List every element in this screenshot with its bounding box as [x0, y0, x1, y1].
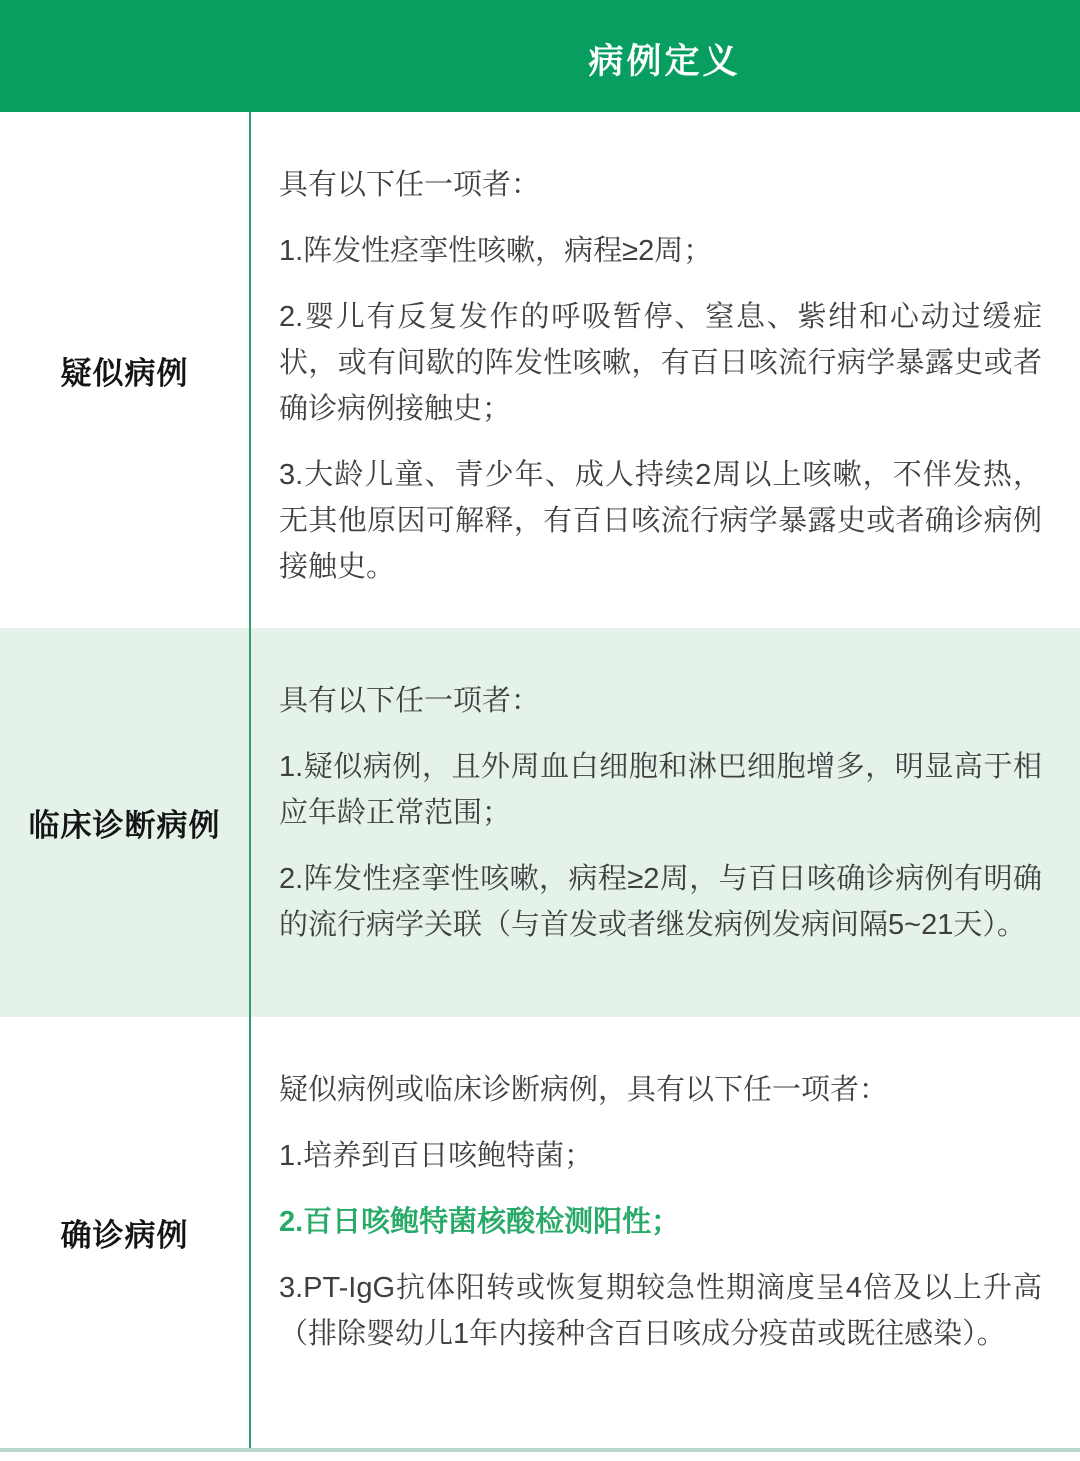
definition-item-1: 1.疑似病例，且外周血白细胞和淋巴细胞增多，明显高于相应年龄正常范围； — [279, 744, 1042, 836]
page-title: 病例定义 — [249, 0, 1080, 112]
definition-intro: 具有以下任一项者： — [279, 162, 1042, 208]
header-bar: 病例定义 — [0, 0, 1080, 112]
case-definition-table: 疑似病例 具有以下任一项者： 1.阵发性痉挛性咳嗽，病程≥2周； 2.婴儿有反复… — [0, 112, 1080, 1452]
case-definition-infographic: 病例定义 疑似病例 具有以下任一项者： 1.阵发性痉挛性咳嗽，病程≥2周； 2.… — [0, 0, 1080, 1461]
definition-item-1: 1.培养到百日咳鲍特菌； — [279, 1133, 1042, 1179]
row-label-clinical-diagnosis-case: 临床诊断病例 — [0, 628, 249, 1017]
definition-item-3: 3.大龄儿童、青少年、成人持续2周以上咳嗽，不伴发热，无其他原因可解释，有百日咳… — [279, 452, 1042, 590]
definition-cell-confirmed-case: 疑似病例或临床诊断病例，具有以下任一项者： 1.培养到百日咳鲍特菌； 2.百日咳… — [249, 1017, 1080, 1448]
definition-item-3: 3.PT-IgG抗体阳转或恢复期较急性期滴度呈4倍及以上升高（排除婴幼儿1年内接… — [279, 1265, 1042, 1357]
definition-item-2-highlighted: 2.百日咳鲍特菌核酸检测阳性； — [279, 1199, 1042, 1245]
definition-item-2: 2.阵发性痉挛性咳嗽，病程≥2周，与百日咳确诊病例有明确的流行病学关联（与首发或… — [279, 856, 1042, 948]
definition-item-1: 1.阵发性痉挛性咳嗽，病程≥2周； — [279, 228, 1042, 274]
row-label-confirmed-case: 确诊病例 — [0, 1017, 249, 1448]
definition-item-2: 2.婴儿有反复发作的呼吸暂停、窒息、紫绀和心动过缓症状，或有间歇的阵发性咳嗽，有… — [279, 294, 1042, 432]
definition-cell-clinical-diagnosis-case: 具有以下任一项者： 1.疑似病例，且外周血白细胞和淋巴细胞增多，明显高于相应年龄… — [249, 628, 1080, 1017]
definition-intro: 疑似病例或临床诊断病例，具有以下任一项者： — [279, 1067, 1042, 1113]
row-label-suspected-case: 疑似病例 — [0, 112, 249, 628]
definition-intro: 具有以下任一项者： — [279, 678, 1042, 724]
definition-cell-suspected-case: 具有以下任一项者： 1.阵发性痉挛性咳嗽，病程≥2周； 2.婴儿有反复发作的呼吸… — [249, 112, 1080, 628]
